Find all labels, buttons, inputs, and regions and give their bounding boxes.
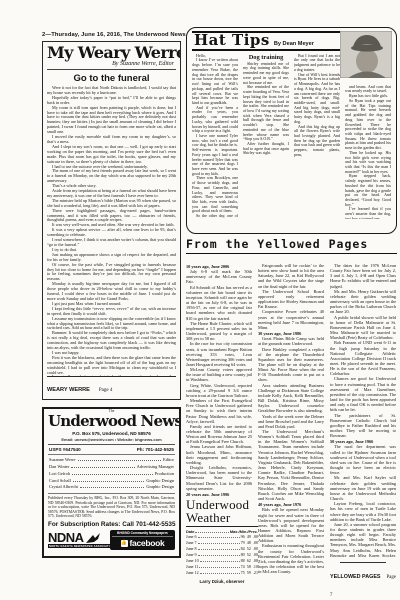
jump-slug: WEARY WERRE [47, 387, 90, 393]
staff-row: Crystal AlbrechtGraphic Design [49, 484, 174, 491]
paragraph: Of course, for the past while, I’ve stru… [47, 263, 176, 283]
ndna-logo: NDNA NORTH DAKOTA NEWSPAPER ASSOCIATION [48, 531, 110, 548]
subscription-line: For Subscription Rates: Call 701-442-553… [48, 521, 175, 528]
hat-tips-col-2: Dog training Shirley reminded me of my d… [243, 54, 289, 219]
staff-row: Suzanne WerreEditor [49, 457, 174, 464]
eagle-icon [86, 533, 100, 544]
paragraph: Layton Freberg, local contractor, has hi… [330, 501, 396, 522]
facebook-badge: BHG/ND Community Newspapers 👍 facebook [110, 530, 175, 550]
staff-row: Carol SchallGraphic Design [49, 478, 174, 485]
newspaper-page: 2—Thursday, June 16, 2016, The Underwood… [0, 0, 400, 600]
yellowed-col-2: Fairgrounds will be rockin’ to the hotte… [258, 263, 324, 583]
yellowed-jump-line: YELLOWED PAGESPage 7 [330, 562, 396, 600]
usps-number: USPS #647540 [49, 447, 81, 452]
paragraph: Area students attending Business Challen… [258, 383, 324, 414]
yellowed-col-1: 10 years ago, June 2006July 6-8 will mar… [186, 263, 252, 496]
paragraph: Cooperative Power celebrates 40 years at… [258, 309, 324, 330]
jump-line: WEARY WERREPage 4 [47, 376, 176, 397]
jump-page: Page 4 [99, 388, 112, 393]
columnist-photo [340, 31, 392, 78]
yellowed-col-3: The dates for the 1976 McLean County Fai… [330, 263, 396, 558]
section-heading: 20 years ago, June 1996 [186, 492, 252, 496]
paragraph: First it was the blackness, and then the… [47, 356, 176, 376]
paragraph: Monday is usually big-time newspaper day… [47, 282, 176, 302]
masthead-address: P.O. Box 575, Underwood, ND 58576 [48, 431, 175, 436]
paragraph: After further thought, I had to agree th… [243, 142, 289, 156]
paragraph: There were highlighted passages, dog-ear… [47, 209, 176, 224]
paragraph: Greg White, Underwood, reported catching… [186, 383, 252, 398]
paragraph: One of Will’s best friends is Ryan. He l… [294, 73, 340, 125]
paragraph: Fairgrounds will be rockin’ to the hotte… [258, 263, 324, 289]
weather-observer: Larry Dziuk, observer [186, 579, 258, 584]
paragraph: The Underwood School Board approved earl… [258, 289, 324, 310]
paragraph: Bob Franzen of UND went 6-11 in the high… [330, 340, 396, 376]
paragraph: I’ve learned that if you aren’t smarter … [345, 207, 391, 218]
paragraph: Enthusiasm is mounting throughout the co… [258, 543, 324, 574]
weather-title-line2: Weather [186, 511, 258, 524]
hat-tips-header: Hat Tips By Dean Meyer [192, 31, 344, 51]
paragraph: The Home Rule Charter, which will implem… [186, 321, 252, 342]
column-body: Were it not for the fact that North Dako… [47, 86, 176, 379]
staff-row: Dan WinterAdvertising Manager [49, 464, 174, 471]
column-masthead-title: My Weary Werre World [47, 45, 176, 61]
paragraph: Dwight Leidholm, economics, Underwood, h… [186, 465, 252, 491]
paragraph: July 6-8 will mark the 50th anniversary … [186, 269, 252, 284]
yellowed-pages-banner: From the Yellowed Pages [186, 237, 397, 254]
thumbs-up-icon: 👍 [121, 540, 128, 547]
paragraph: I assume my transmission is now slipping… [47, 317, 176, 332]
paragraph: The parishioners of St. Bonaventure Cath… [330, 413, 396, 439]
staff-row: Lori GefrohProduction [49, 471, 174, 478]
paragraph: The rural fire department was called to … [330, 444, 396, 475]
edition-line: 2—Thursday, June 16, 2016, The Underwood… [42, 32, 186, 38]
paragraph: Family and friends are invited to celebr… [186, 424, 252, 445]
publisher-statement: Published every Thursday by BHG, Inc., P… [48, 496, 175, 519]
paragraph: Dave Binkley completed a replica of the … [258, 347, 324, 383]
divider [186, 526, 258, 527]
paragraph: A public bridal shower will be held in h… [330, 315, 396, 341]
weather-box: Underwood Weather Date Max./Min./Prec. J… [186, 498, 258, 586]
hat-tips-column: Hat Tips By Dean Meyer Hello,I know I’ve… [186, 27, 397, 234]
paragraph: But I found out I am not the only one th… [294, 54, 340, 73]
phone-number: Ph: 701-442-5525 [137, 447, 174, 452]
ndna-sub-label: NORTH DAKOTA NEWSPAPER ASSOCIATION [48, 544, 110, 548]
staff-list: Suzanne WerreEditorDan WinterAdvertising… [48, 454, 175, 494]
paragraph: Ryan stepped back, calmly regained his s… [345, 174, 391, 207]
hat-tips-col-1: Hello,I know I’ve written about dogs bef… [192, 54, 238, 219]
facebook-logo: facebook [130, 538, 165, 548]
community-newspapers-label: BHG/ND Community Newspapers [112, 531, 173, 537]
paragraph: The dates for the 1976 McLean County Fai… [330, 263, 396, 289]
paragraph: June 20, a summer school program for tho… [330, 522, 396, 558]
paragraph: Shirley reminded me of my dog training s… [243, 62, 289, 86]
weary-werre-column: My Weary Werre World By Suzanne Werre, E… [42, 41, 181, 400]
divider [340, 562, 386, 563]
column-byline: By Suzanne Werre, Editor [47, 61, 176, 70]
paragraph: Mr. and Mrs. Karl Sayler will celebrate … [330, 475, 396, 501]
column-headline: Go to the funeral [47, 73, 176, 84]
paragraph: The mom of one of my best friends passed… [47, 169, 176, 184]
hat-tips-col-4: and beans. And corn that was nearly read… [345, 54, 391, 219]
paragraph: And I slept in my son’s room, so that on… [47, 145, 176, 165]
paragraph: Bids will be opened next Monday night fo… [258, 507, 324, 543]
paragraph: So the other day, one of my dear friends… [192, 214, 238, 219]
paragraph: Jenna Lawson and John Hoffman, both Moor… [186, 444, 252, 465]
ndna-acronym: NDNA [48, 531, 84, 544]
paragraph: She reminded me of the water boarding of… [243, 85, 289, 142]
jump-slug: YELLOWED PAGES [330, 574, 381, 580]
paragraph: And if you’ve been a reader for years, y… [192, 106, 238, 134]
paragraph: I have one named Tyler now, who isn’t a … [192, 134, 238, 176]
paragraph: Chances are good for Underwood to have a… [330, 376, 396, 412]
paragraph: Bummer. It would be completely dark now … [47, 331, 176, 351]
dog-training-subhead: Dog training [243, 54, 289, 61]
paragraph: Members of the First Evangelical Free Ch… [186, 398, 252, 424]
paragraph: So Ryan took a page out of the Hat Tips … [345, 99, 391, 151]
paragraph: Yards of the week were the Delmer and Ir… [258, 414, 324, 429]
paragraph: There was Brooklyn, one of those wrinkly… [192, 176, 238, 214]
paragraph: Mr. and Mrs. Henry Gutknecht will celebr… [330, 289, 396, 315]
paragraph: Then he looked up. His two little girls … [345, 151, 391, 175]
masthead-box: The Underwood News P.O. Box 575, Underwo… [42, 407, 181, 558]
paragraph: And this big dog dug up all the flowers … [294, 125, 340, 158]
paragraph: Great Plains Bible Camp was held at the … [258, 336, 324, 346]
weather-title-line1: Underwood [186, 498, 258, 511]
paragraph: In the race for two city commission seat… [186, 341, 252, 367]
weather-row: June 1275 59 .21 [186, 570, 258, 576]
weather-table: June 696 49 .00June 779 48 .00June 884 5… [186, 534, 258, 577]
paragraph: Ed Schmidt of Max has served as a volunt… [186, 285, 252, 321]
masthead-name: Underwood News [48, 414, 175, 429]
paragraph: My room is still torn apart from paintin… [47, 106, 176, 135]
paragraph: The Underwood Merchant’s Women’s Softbal… [258, 429, 324, 501]
paragraph: McLean County voters approved the issue … [186, 367, 252, 382]
hat-tips-byline: By Dean Meyer [274, 41, 314, 47]
hat-tips-title: Hat Tips [194, 33, 270, 49]
paragraph: I know I’ve written about dogs before. I… [192, 58, 238, 105]
hat-tips-col-3: But I found out I am not the only one th… [294, 54, 340, 219]
masthead-contact: Email: unews@westriv.com • Website: bhgn… [48, 437, 175, 445]
